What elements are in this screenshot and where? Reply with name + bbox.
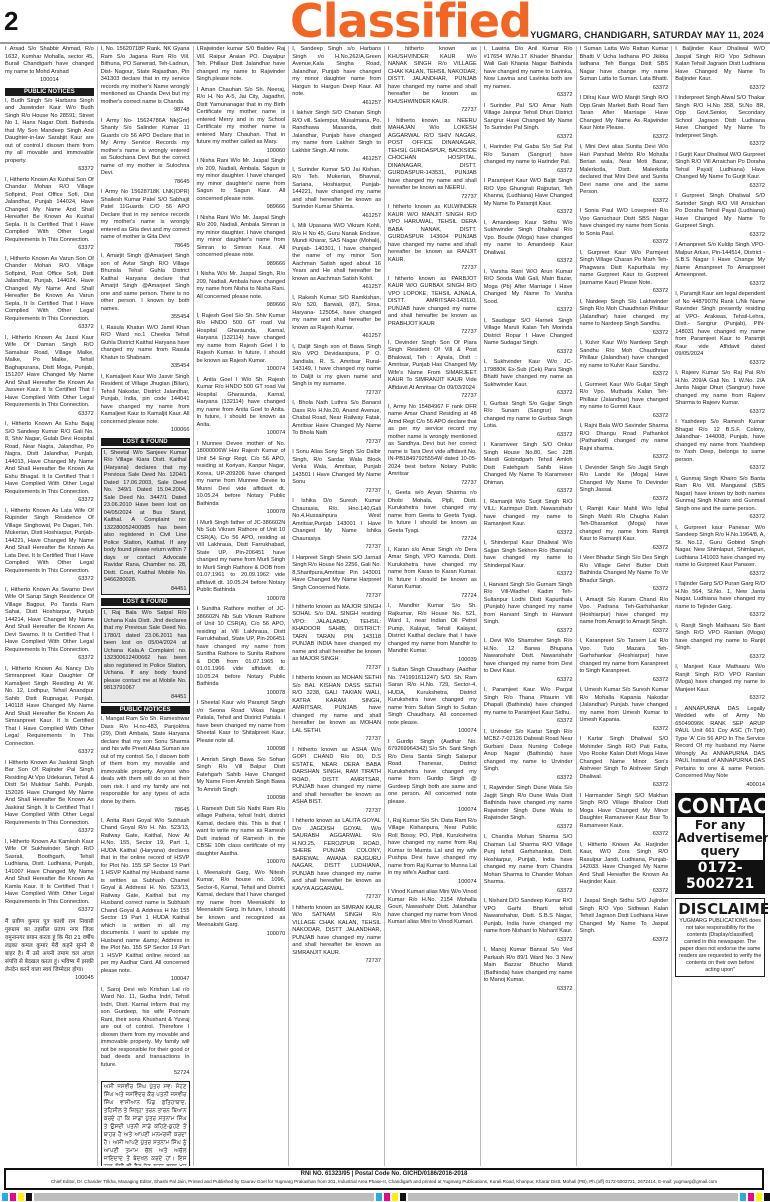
classified-ad: I hitherto known as KULWINDER KAUR W/O M… bbox=[388, 204, 477, 273]
ad-text: I Sunitha Rathore mother of JC-386602N N… bbox=[197, 606, 286, 689]
contact-advert-box: CONTACTFor anyAdvertisementquery0172-500… bbox=[675, 793, 765, 894]
ad-code: 989666 bbox=[197, 302, 286, 310]
ad-text: I hitherto known as KULWINDER KAUR W/O M… bbox=[388, 204, 477, 264]
classified-ad: I, Umesh Kumar S/o Suresh Kumar R/o Moha… bbox=[580, 687, 669, 733]
ad-text: I, Devi W/o Shamsher Singh R/o H.No. 12 … bbox=[484, 638, 573, 676]
ad-code: 63372 bbox=[675, 281, 765, 289]
ad-code: 63372 bbox=[675, 360, 765, 368]
ad-text: I, Sandeep Singh s/o Harbans Singh r/o H… bbox=[292, 46, 381, 99]
classified-ad: I Karamveer Singh S/O Onkar Singh House … bbox=[484, 442, 573, 496]
classified-ad: I, Devinder Singh Son Of Piara Singh Res… bbox=[388, 340, 477, 401]
classified-ad: I, Gurpreet Kaur W/o Parmjeet Singh Vill… bbox=[580, 250, 669, 296]
ad-text: I, Gunmaj Singh Khairo S/o Banta Ram R/o… bbox=[675, 476, 765, 514]
classified-ad: I hitherto known as NEERU MAHAJAN W/o LO… bbox=[388, 118, 477, 202]
ad-text: I, Varsha Rani W/O Arun Kumar R/O Sooda … bbox=[484, 269, 573, 307]
classified-ad: ਅਸੀਂ ਜਸਵੀਰ ਸਿੰਘ ਪੁੱਤਰ ਸਵ: ਸੋਹਣ ਸਿੰਘ ਅਤੇ … bbox=[101, 1081, 190, 1167]
classified-ad: I, Sheetal W/o Sanjeev Kumar R/o Village… bbox=[101, 448, 190, 596]
classified-ad: I Army No- 15624786A Nk(Gnr) Shanty S/o … bbox=[101, 118, 190, 187]
classified-ad: I, Rajesh Goel S/o Sh. Shiv Kumar R/o HN… bbox=[197, 313, 286, 374]
ad-code: 63372 bbox=[580, 371, 669, 379]
ad-text: I Amrish Singh Bawa S/o Sohan Singh R/o … bbox=[197, 757, 286, 795]
ad-text: I, Rajesh Goel S/o Sh. Shiv Kumar R/o HN… bbox=[197, 313, 286, 366]
ad-text: I, Gurpreet kaur Panesar W/o Sandeep Sin… bbox=[675, 525, 765, 570]
ad-code: 63372 bbox=[580, 134, 669, 142]
ad-text: I, Kulvir Kaur W/o Nardeep Singh Sandhu … bbox=[580, 340, 669, 370]
ad-code: 355454 bbox=[101, 314, 190, 322]
ad-text: I Jaspal Singh Sidhu S/O Jujinder Singh … bbox=[580, 898, 669, 936]
classified-ad: I, Shinderpal Kaur Dhaliwal W/o Sajjan S… bbox=[484, 540, 573, 579]
section-heading: LOST & FOUND bbox=[101, 438, 190, 446]
ad-text: I, Ramjit Kaur Mahli W/o Iqbal Singh Mah… bbox=[580, 506, 669, 544]
section-heading: LOST & FOUND bbox=[101, 598, 190, 606]
classified-ad: I hitherto known as ASHA W/o GOPI CHAND … bbox=[292, 747, 381, 816]
ad-text: I, Saroj Devi w/o Krishan Lal r/o Ward N… bbox=[101, 987, 190, 1070]
classified-ad: I, Rajeev Kumar S/o Raj Pal R/o H.No. 20… bbox=[675, 370, 765, 416]
ad-text: I Murli Singh father of JC-386602N Nb Su… bbox=[197, 520, 286, 595]
classified-ad: I, Hitherto Known As Harjinder Kaur, W/O… bbox=[580, 842, 669, 896]
classified-ad: मैं प्रवीण कुमार पुत्र काशी राम निवासी ग… bbox=[5, 918, 94, 983]
ad-text: I, Paramjit Kaur am legal dependent of N… bbox=[675, 291, 765, 359]
ad-text: I, Umesh Kumar S/o Suresh Kumar R/o Moha… bbox=[580, 687, 669, 725]
ad-text: I, Paramjeet Kaur W/o Pargat Singh R/o T… bbox=[484, 687, 573, 717]
black-swatch bbox=[764, 1193, 770, 1201]
ad-text: ਅਸੀਂ ਜਸਵੀਰ ਸਿੰਘ ਪੁੱਤਰ ਸਵ: ਸੋਹਣ ਸਿੰਘ ਅਤੇ … bbox=[104, 1083, 187, 1167]
magenta-swatch bbox=[10, 1193, 16, 1201]
classified-ad: I, No. 15620718P Rank. NK Gyana Ram S/o … bbox=[101, 46, 190, 115]
ad-code: 100074 bbox=[388, 879, 477, 887]
section-heading: PUBLIC NOTICES bbox=[5, 88, 94, 96]
ad-code: 78645 bbox=[101, 807, 190, 815]
ad-code: 63372 bbox=[484, 209, 573, 217]
classified-ad: I Tajinder Garg S/O Puran Garg R/O H.No … bbox=[675, 581, 765, 620]
classified-ad: I Amrish Singh Bawa S/o Sohan Singh R/o … bbox=[197, 757, 286, 803]
ad-code: 63372 bbox=[580, 198, 669, 206]
ad-code: 100074 bbox=[197, 430, 286, 438]
ad-code: 461257 bbox=[292, 284, 381, 292]
ad-text: I, Amarjit S/o Karam Chand R/o Vpo. Padr… bbox=[580, 597, 669, 627]
classified-ad: I hitherto known as KHUSHVINDER KAUR W/o… bbox=[388, 46, 477, 115]
ad-code: 72737 bbox=[388, 265, 477, 273]
ad-text: I, Meenakshi Garg, W/o Nitesh Kumar, R/o… bbox=[197, 870, 286, 930]
classified-ad: I, Raj Kumar S/o Sh. Data Ram R/o Villag… bbox=[388, 818, 477, 887]
ad-code: 335454 bbox=[101, 363, 190, 371]
classified-ad: I, Devi W/o Shamsher Singh R/o H.No. 12 … bbox=[484, 638, 573, 684]
ad-code: 63372 bbox=[5, 166, 94, 174]
classified-ad: I Hitherto Known As Jaskirat Singh Bar S… bbox=[5, 760, 94, 836]
masthead-rule bbox=[0, 42, 770, 44]
ad-code: 100098 bbox=[197, 795, 286, 803]
ad-code: 63372 bbox=[5, 245, 94, 253]
column-4: I, Sandeep Singh s/o Harbans Singh r/o H… bbox=[289, 46, 385, 1166]
ad-code: 63372 bbox=[580, 782, 669, 790]
ad-text: I Nisha Rani W/o Mr. Jaspal Singh r/o 20… bbox=[197, 158, 286, 203]
ad-code: 989666 bbox=[197, 261, 286, 269]
classified-ad: I, Nardeep Singh S/o Lakhwinder Singh R/… bbox=[580, 299, 669, 338]
ad-code: 63372 bbox=[675, 141, 765, 149]
ad-text: I, Ranjit Singh Mathaaru S/o Bant Singh … bbox=[675, 623, 765, 653]
classified-ad: I, Sukhvinder Kaur W/o JC-179880K Ex-Sub… bbox=[484, 359, 573, 398]
classified-ad: I Nisha Rani W/o Mr. Jaspal Singh R/o 20… bbox=[197, 215, 286, 269]
ad-code: 72724 bbox=[388, 536, 477, 544]
contact-phone[interactable]: 0172-5002721 bbox=[677, 860, 763, 892]
classified-ad: I, Raj Bala W/o Satpal R/o Uchana Kala D… bbox=[101, 608, 190, 703]
classified-ad: I, Karanpreet S/o Tarsem Lal R/o Vpo. Tu… bbox=[580, 638, 669, 684]
ad-text: I Sheetal Kaur w/o Paramjit Singh r/o Se… bbox=[197, 700, 286, 745]
ad-code: 400014 bbox=[675, 782, 765, 790]
ad-code: 72737 bbox=[292, 488, 381, 496]
ad-code: 63372 bbox=[580, 831, 669, 839]
classified-ad: I Jaspal Singh Sidhu S/O Jujinder Singh … bbox=[580, 898, 669, 944]
classified-ad: I, Karan s/o Amar Singh r/o Dera Amar Si… bbox=[388, 547, 477, 601]
ad-code: 63372 bbox=[484, 530, 573, 538]
ad-code: 63372 bbox=[484, 92, 573, 100]
ad-text: I, Manjeet Kaur Mathaaru W/o Ranjit Sing… bbox=[675, 664, 765, 694]
ad-code: 63372 bbox=[580, 677, 669, 685]
classified-ad: I, Geeta w/o Aryan Sharma r/o Dhobi Moha… bbox=[388, 490, 477, 544]
classified-ad: I hitherto known as PARBJOT KAUR W/O GUR… bbox=[388, 276, 477, 337]
registration-color-bar bbox=[0, 1192, 770, 1202]
column-2: I, No. 15620718P Rank. NK Gyana Ram S/o … bbox=[98, 46, 194, 1166]
ad-text: I, Devinder Singh S/o Jagjit Singh R/o L… bbox=[580, 465, 669, 495]
ad-text: I, Rajwinder Singh Dune Wala S/o Jagjit … bbox=[484, 785, 573, 823]
classified-ad: I Sultan Singh Chaudhary (Aadhar No. 741… bbox=[388, 667, 477, 736]
classified-ad: I, Manjeet Kaur Mathaaru W/o Ranjit Sing… bbox=[675, 664, 765, 703]
classified-ad: I Sonia Paul W/O Lovepreet R/o Vpo Ganuc… bbox=[580, 208, 669, 247]
ad-text: I Harpreet Singh Shein S/O Jarnail Singh… bbox=[292, 555, 381, 593]
masthead: 2 Classified YUGMARG, CHANDIGARH, SATURD… bbox=[0, 0, 770, 44]
ad-code: 63372 bbox=[484, 432, 573, 440]
ad-code: 84451 bbox=[104, 586, 187, 594]
classified-ad: I Nisha Rani W/o Mr. Jaspal Singh r/o 20… bbox=[197, 158, 286, 212]
ad-code: 63372 bbox=[484, 258, 573, 266]
ad-code: 63372 bbox=[580, 628, 669, 636]
ad-text: I, Urvinder S/o Kartar Singh R/o MCBZ-7-… bbox=[484, 729, 573, 774]
ad-text: I Munnee Devee mother of No. 18000006W H… bbox=[197, 441, 286, 509]
ad-text: I Veer Bhadur Singh S/o Des Singh R/o Vi… bbox=[580, 555, 669, 585]
ad-code: 63372 bbox=[484, 307, 573, 315]
ad-text: I ANNAPURNA DAS Legally Wedded wife of A… bbox=[675, 706, 765, 781]
ad-text: I, Surinder Kumar S/O Jai Kishan, R/o Te… bbox=[292, 167, 381, 212]
classified-ad: I Vinod Kumari alias Mini W/o Vinod Kuma… bbox=[388, 889, 477, 927]
ad-text: I hitherto known as KHUSHVINDER KAUR W/o… bbox=[388, 46, 477, 106]
ad-code: 63372 bbox=[484, 488, 573, 496]
classified-ad: I Gurpreet Singh Dhaliwal S/O Surinder S… bbox=[675, 193, 765, 239]
ad-text: I, Gurmeet Kaur W/o Guljar Singh R/o Vpo… bbox=[580, 382, 669, 412]
classified-ad: I Harmander Singh S/O Makhan Singh R/O V… bbox=[580, 793, 669, 839]
ad-text: I, Mandhir Kumar S/o Sh. Rajkumar, R/o H… bbox=[388, 603, 477, 656]
classified-ad: I Surinder Pal S/O Amar Nath Village Jai… bbox=[484, 103, 573, 142]
ad-code: 63372 bbox=[484, 134, 573, 142]
classified-ad: I, Mili Upasana W/O Vikram Kohli, R/o H … bbox=[292, 223, 381, 292]
section-title: Classified bbox=[290, 0, 531, 48]
ad-text: I Nisha W/o Mr. Jaspal Singh, R/o 209, N… bbox=[197, 271, 286, 301]
classified-ad: I Dilraj Kaur W/O Manjit Singh R/O Opp.G… bbox=[580, 95, 669, 141]
ad-code: 100078 bbox=[197, 509, 286, 517]
classified-ad: I Ishika D/o Suresh Kumar Chaurasia, R/o… bbox=[292, 498, 381, 552]
ad-code: 63372 bbox=[484, 937, 573, 945]
ad-code: 52724 bbox=[101, 1070, 190, 1078]
ad-code: 63372 bbox=[484, 718, 573, 726]
ad-text: I Harmander Singh S/O Makhan Singh R/O V… bbox=[580, 793, 669, 831]
ad-code: 72737 bbox=[292, 808, 381, 816]
classified-ad: I Inderpreet Singh Atwal S/O Thakar Sing… bbox=[675, 95, 765, 149]
ad-text: I, Kamaljeet Kaur W/o Jasvir Singh Resid… bbox=[101, 374, 190, 427]
ad-code: 63372 bbox=[484, 349, 573, 357]
ad-text: I, Karan s/o Amar Singh r/o Dera Amar Si… bbox=[388, 547, 477, 592]
magenta-swatch bbox=[384, 1193, 390, 1201]
ad-text: I Gurjit Kaur Dhaliwal W/O Gurpreet Sing… bbox=[675, 152, 765, 182]
ad-code: 100066 bbox=[101, 427, 190, 435]
ad-code: 63372 bbox=[675, 232, 765, 240]
classified-ad: I Kartar Singh Dhaliwal S/O Mohinder Sin… bbox=[580, 736, 669, 790]
ad-code: 100047 bbox=[101, 976, 190, 984]
ad-text: I, Amandeep Kaur Sidhu W/o Sukhwinder Si… bbox=[484, 220, 573, 258]
ad-text: I, Mangat Ram S/o Sh. Rameshwar Dass R/o… bbox=[101, 716, 190, 806]
yellow-swatch bbox=[18, 1193, 24, 1201]
ad-code: 98748 bbox=[101, 107, 190, 115]
ad-code: 72724 bbox=[388, 593, 477, 601]
ad-code: 72737 bbox=[292, 439, 381, 447]
ad-text: I Hitherto Known As Jaskirat Singh Bar S… bbox=[5, 760, 94, 828]
column-3: I,Rajwinder kumar S/0 Baldev Raj Vill. R… bbox=[194, 46, 290, 1166]
ad-text: I Gurdip Singh (Aadhar No. 679269964342)… bbox=[388, 739, 477, 807]
ad-text: I Kartar Singh Dhaliwal S/O Mohinder Sin… bbox=[580, 736, 669, 781]
classified-ad: I, Saudagar S/O Harnek Singh Village Mar… bbox=[484, 318, 573, 357]
ad-code: 100039 bbox=[388, 657, 477, 665]
ad-code: 63372 bbox=[580, 239, 669, 247]
ad-code: 72737 bbox=[388, 480, 477, 488]
classified-ad: I, Rakesh Kumar S/O Ramkishan, R/o 520, … bbox=[292, 295, 381, 341]
classified-ad: I Amanpreet S/o Kuldip Singh VPO- Malpur… bbox=[675, 242, 765, 288]
classified-ad: I hitherto known as MOHAN SETHI S/o BAL … bbox=[292, 675, 381, 744]
ad-code: 63372 bbox=[580, 288, 669, 296]
ad-text: I hitherto known as PARBJOT KAUR W/O GUR… bbox=[388, 276, 477, 329]
ad-code: 461257 bbox=[292, 333, 381, 341]
ad-code: 63372 bbox=[5, 497, 94, 505]
ad-code: 78645 bbox=[101, 243, 190, 251]
classified-ad: I,Rajwinder kumar S/0 Baldev Raj Vill. R… bbox=[197, 46, 286, 84]
ad-text: I Vinod Kumari alias Mini W/o Vinod Kuma… bbox=[388, 889, 477, 927]
classified-ad: I hitherto known as SIMRAN KAUR W/o SATN… bbox=[292, 905, 381, 966]
ad-text: I, Hitherto Known As Lata Wife Of Rupind… bbox=[5, 508, 94, 576]
section-heading: PUBLIC NOTICES bbox=[101, 706, 190, 714]
column-7: I Suman Latta W/o Rattan Kumar Bhatti V … bbox=[577, 46, 673, 1166]
ad-text: I, Hitherto Known As Nancy D/o Simranpre… bbox=[5, 666, 94, 749]
ad-code: 63372 bbox=[580, 454, 669, 462]
black-swatch bbox=[400, 1193, 406, 1201]
ad-text: I Nisha Rani W/o Mr. Jaspal Singh R/o 20… bbox=[197, 215, 286, 260]
ad-text: I Amanpreet S/o Kuldip Singh VPO- Malpur… bbox=[675, 242, 765, 280]
classified-ad: I, Harinder Pal Gaba S/o Sat Pal R/o Sun… bbox=[484, 144, 573, 175]
ad-text: I Dilraj Kaur W/O Manjit Singh R/O Opp.G… bbox=[580, 95, 669, 133]
ad-text: मैं प्रवीण कुमार पुत्र काशी राम निवासी ग… bbox=[5, 918, 94, 974]
ad-code: 100074 bbox=[197, 366, 286, 374]
classified-ad: I, Hitherto Known As Eshu Bajaj S/O Sand… bbox=[5, 421, 94, 505]
ad-text: I, Hitherto Known As Varun Son Of Chande… bbox=[5, 256, 94, 324]
contact-body: For anyAdvertisementquery bbox=[677, 817, 763, 860]
yellow-swatch bbox=[392, 1193, 398, 1201]
ad-code: 63372 bbox=[580, 937, 669, 945]
grey-bar bbox=[34, 1193, 374, 1201]
ad-text: I,Rajwinder kumar S/0 Baldev Raj Vill. R… bbox=[197, 46, 286, 84]
ad-text: I, Lawina D/o Anil Kumar R/o #17654 W.No… bbox=[484, 46, 573, 91]
ad-text: I Sultan Singh Chaudhary (Aadhar No. 741… bbox=[388, 667, 477, 727]
ad-code: 63372 bbox=[484, 571, 573, 579]
ad-code: 63372 bbox=[580, 726, 669, 734]
ad-text: I, Hitherto Known As Kushal Son Of Chand… bbox=[5, 177, 94, 245]
classified-ad: I, Hitherto Known As Varun Son Of Chande… bbox=[5, 256, 94, 332]
classified-ad: I, Hitherto Known As Kushal Son Of Chand… bbox=[5, 177, 94, 253]
classified-ad: I, Rajni Bala W/O Savinder Sharma R/O Dh… bbox=[580, 423, 669, 462]
ad-text: I, Rasula Khatun W/O Jamil Khan R/O Ward… bbox=[101, 325, 190, 363]
classified-ad: I, Meenakshi Garg, W/o Nitesh Kumar, R/o… bbox=[197, 870, 286, 939]
ad-code: 63372 bbox=[484, 390, 573, 398]
contact-line-3: query bbox=[677, 845, 763, 858]
ad-code: 461257 bbox=[292, 100, 381, 108]
ad-code: 72737 bbox=[292, 593, 381, 601]
ad-text: I Baljinder Kaur Dhaliwal W/O Jaspal Sin… bbox=[675, 46, 765, 84]
classified-ad: I, Nishant D/O Sandeep Kumar R/O VPO Gar… bbox=[484, 898, 573, 944]
ad-code: 72737 bbox=[292, 958, 381, 966]
ad-code: 63372 bbox=[580, 586, 669, 594]
classified-ad: I, Amarjit S/o Karam Chand R/o Vpo. Padr… bbox=[580, 597, 669, 636]
ad-code: 100070 bbox=[197, 931, 286, 939]
ad-code: 63372 bbox=[484, 986, 573, 994]
ad-code: 100098 bbox=[197, 746, 286, 754]
ad-code: 72737 bbox=[292, 736, 381, 744]
classified-ad: I Suman Latta W/o Rattan Kumar Bhatti V … bbox=[580, 46, 669, 92]
ad-text: I, Raj Kumar S/o Sh. Data Ram R/o Villag… bbox=[388, 818, 477, 878]
ad-text: I Army No 15628718K LNK(OPR) Shailesh Ku… bbox=[101, 189, 190, 242]
ad-text: I Army No- 15624786A Nk(Gnr) Shanty S/o … bbox=[101, 118, 190, 178]
ad-code: 989666 bbox=[197, 204, 286, 212]
ad-code: 100045 bbox=[5, 975, 94, 983]
classified-ad: I, Kamaljeet Kaur W/o Jasvir Singh Resid… bbox=[101, 374, 190, 435]
classified-ad: I, Bhola Nath Luthra S/o Banarsi Dass R/… bbox=[292, 400, 381, 446]
disclaimer-heading: DISCLAIMER bbox=[678, 901, 762, 918]
ad-code: 63372 bbox=[484, 775, 573, 783]
ad-text: I Inderpreet Singh Atwal S/O Thakar Sing… bbox=[675, 95, 765, 140]
ad-code: 63372 bbox=[580, 545, 669, 553]
classified-ad: I, Ranjit Singh Mathaaru S/o Bant Singh … bbox=[675, 623, 765, 662]
column-5: I hitherto known as KHUSHVINDER KAUR W/o… bbox=[385, 46, 481, 1166]
ad-code: 63372 bbox=[675, 695, 765, 703]
classified-ad: I, Daljit Singh son of Bawa Singh R/o VP… bbox=[292, 344, 381, 398]
ad-text: I, Mini Devi alias Sunita Devi W/o Hari … bbox=[580, 144, 669, 197]
ad-code: 63372 bbox=[675, 409, 765, 417]
classified-ad: I Veer Bhadur Singh S/o Des Singh R/o Vi… bbox=[580, 555, 669, 594]
ad-text: I, Sukhvinder Kaur W/o JC-179880K Ex-Sub… bbox=[484, 359, 573, 389]
classified-ad: I Aman Chauhan S/o Sh. Neeraj, R/o H. No… bbox=[197, 87, 286, 156]
classified-ad: I Sheetal Kaur w/o Paramjit Singh r/o Se… bbox=[197, 700, 286, 754]
ad-code: 72737 bbox=[388, 329, 477, 337]
ad-code: 100078 bbox=[197, 690, 286, 698]
ad-text: I hitherto known as NEERU MAHAJAN W/o LO… bbox=[388, 118, 477, 193]
classified-ad: I, Sandeep Singh s/o Harbans Singh r/o H… bbox=[292, 46, 381, 107]
ad-text: I hitherto known as SIMRAN KAUR W/o SATN… bbox=[292, 905, 381, 958]
page-number: 2 bbox=[4, 6, 18, 37]
ad-text: I, Ramanjit W/o Surjit Singh R/O VILL: K… bbox=[484, 499, 573, 529]
ad-text: I, No. 15620718P Rank. NK Gyana Ram S/o … bbox=[101, 46, 190, 106]
classified-ad: I Army No 15628718K LNK(OPR) Shailesh Ku… bbox=[101, 189, 190, 250]
ad-code: 78645 bbox=[101, 179, 190, 187]
ad-code: 100070 bbox=[197, 859, 286, 867]
cyan-swatch bbox=[376, 1193, 382, 1201]
ad-code: 63372 bbox=[5, 411, 94, 419]
classified-ad: I, Paramjeet Kaur W/o Pargat Singh R/o T… bbox=[484, 687, 573, 726]
ad-text: I Sonu Alias Sony Singh S/o Dalbir Singh… bbox=[292, 449, 381, 487]
ad-text: I, Gurpreet Kaur W/o Parmjeet Singh Vill… bbox=[580, 250, 669, 288]
ad-text: I, Harvant Singh S/o Gurnam Singh R/o Vi… bbox=[484, 582, 573, 627]
classified-ad: I, Surinder Kumar S/O Jai Kishan, R/o Te… bbox=[292, 167, 381, 221]
ad-code: 63372 bbox=[580, 85, 669, 93]
ad-text: I, Budh Singh S/o Harbans Singh and Jasw… bbox=[5, 98, 94, 166]
classified-ad: I Munnee Devee mother of No. 18000006W H… bbox=[197, 441, 286, 517]
ad-text: I, Hitherto Known As Swarno Devi Wife Of… bbox=[5, 587, 94, 655]
ad-code: 63372 bbox=[675, 612, 765, 620]
classified-ad: I, Hitherto Known As Kamlesh Kaur Wife O… bbox=[5, 839, 94, 915]
ad-text: I hitherto known as MOHAN SETHI S/o BAL … bbox=[292, 675, 381, 735]
ad-code: 461257 bbox=[292, 213, 381, 221]
classified-ad: I, Paramjit Kaur am legal dependent of N… bbox=[675, 291, 765, 367]
ad-code: 63372 bbox=[484, 677, 573, 685]
classified-ad: I, Mini Devi alias Sunita Devi W/o Hari … bbox=[580, 144, 669, 205]
ad-code: 100014 bbox=[5, 77, 94, 85]
ad-text: I, Army No 15484967 F rank DFR name Amar… bbox=[388, 404, 477, 479]
ad-code: 63372 bbox=[675, 571, 765, 579]
ad-text: I, Hitherto Known As Harjinder Kaur, W/O… bbox=[580, 842, 669, 887]
ad-text: I, Hitherto Known As Kamlesh Kaur Wife O… bbox=[5, 839, 94, 907]
classified-ad: I, Lawina D/o Anil Kumar R/o #17654 W.No… bbox=[484, 46, 573, 100]
ad-code: 63372 bbox=[484, 824, 573, 832]
classified-ad: I, Ramesh Dutt S/o Nathi Ram R/o village… bbox=[197, 806, 286, 867]
ad-text: I, Raj Bala W/o Satpal R/o Uchana Kala D… bbox=[104, 610, 187, 693]
classified-ad: I, Gurpreet kaur Panesar W/o Sandeep Sin… bbox=[675, 525, 765, 579]
ad-code: 63372 bbox=[580, 888, 669, 896]
cyan-swatch bbox=[740, 1193, 746, 1201]
ad-text: I, Saudagar S/O Harnek Singh Village Mar… bbox=[484, 318, 573, 348]
ad-code: 63372 bbox=[580, 413, 669, 421]
classified-ad: I, Amandeep Kaur Sidhu W/o Sukhwinder Si… bbox=[484, 220, 573, 266]
classified-columns: I Arsad S/o Shabbir Ahmad, R/o 1632, Kum… bbox=[2, 46, 768, 1166]
ad-text: I Ishika D/o Suresh Kumar Chaurasia, R/o… bbox=[292, 498, 381, 543]
ad-text: I lakhvir Singh S/O Chanan Singh R/O vil… bbox=[292, 110, 381, 155]
classified-ad: I, Rasula Khatun W/O Jamil Khan R/O Ward… bbox=[101, 325, 190, 371]
classified-ad: I, Rajwinder Singh Dune Wala S/o Jagjit … bbox=[484, 785, 573, 831]
ad-code: 63372 bbox=[5, 907, 94, 915]
classified-ad: I, Hitherto Known As Swarno Devi Wife Of… bbox=[5, 587, 94, 663]
ad-text: I, Nishant D/O Sandeep Kumar R/O VPO Gar… bbox=[484, 898, 573, 936]
classified-ad: I, Army No 15484967 F rank DFR name Amar… bbox=[388, 404, 477, 488]
ad-text: I Arsad S/o Shabbir Ahmad, R/o 1632, Kum… bbox=[5, 46, 94, 76]
classified-ad: I, Chandra Mohan Sharma S/O Chaman Lal S… bbox=[484, 834, 573, 895]
ad-text: I, Rajni Bala W/O Savinder Sharma R/O Dh… bbox=[580, 423, 669, 453]
classified-ad: I Baljinder Kaur Dhaliwal W/O Jaspal Sin… bbox=[675, 46, 765, 92]
ad-text: I, Anita Goel I W/o Sh. Rajesh Kumar R/o… bbox=[197, 377, 286, 430]
ad-text: I, Mili Upasana W/O Vikram Kohli, R/o H … bbox=[292, 223, 381, 283]
classified-ad: I, Manoj Kumar Bansal S/o Ved Parkash R/… bbox=[484, 947, 573, 993]
classified-ad: I, Varsha Rani W/O Arun Kumar R/O Sooda … bbox=[484, 269, 573, 315]
ad-code: 100060 bbox=[197, 148, 286, 156]
ad-code: 63372 bbox=[675, 654, 765, 662]
disclaimer-text: YUGMARG PUBLICATIONS does not take respo… bbox=[678, 918, 762, 974]
classified-ad: I, Hitherto Known As Lata Wife Of Rupind… bbox=[5, 508, 94, 584]
ad-text: I, Manoj Kumar Bansal S/o Ved Parkash R/… bbox=[484, 947, 573, 985]
classified-ad: I Paramjeet Kaur W/O Baljit Singh R/O Vp… bbox=[484, 178, 573, 217]
classified-ad: I, Budh Singh S/o Harbans Singh and Jasw… bbox=[5, 98, 94, 174]
ad-code: 63372 bbox=[5, 576, 94, 584]
ad-text: I Karamveer Singh S/O Onkar Singh House … bbox=[484, 442, 573, 487]
